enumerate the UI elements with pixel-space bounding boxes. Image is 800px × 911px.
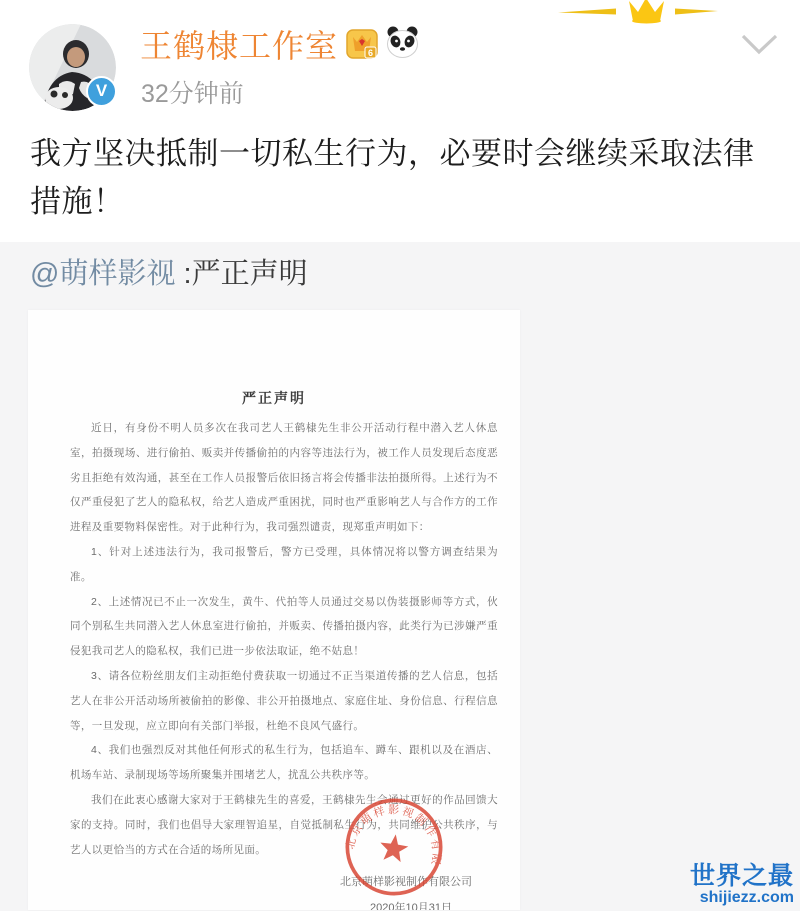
statement-date: 2020年10月31日 xyxy=(28,899,520,910)
post-text: 我方坚决抵制一切私生行为，必要时会继续采取法律措施！ xyxy=(30,130,778,226)
quote-title: 严正声明 xyxy=(192,258,308,290)
official-seal-icon: 北京萌样影视制作有限公司 xyxy=(334,787,454,907)
mention-link[interactable]: @萌样影视 xyxy=(30,258,175,290)
verified-badge-icon: V xyxy=(86,76,117,107)
panda-emoji-icon xyxy=(385,26,420,59)
quoted-post: @萌样影视 :严正声明 严正声明 近日，有身份不明人员多次在我司艺人王鹤棣先生非… xyxy=(0,242,800,911)
quote-separator: : xyxy=(175,258,191,290)
quote-header: @萌样影视 :严正声明 xyxy=(30,254,800,294)
vip-crown-badge-icon: 6 xyxy=(346,28,378,60)
statement-signature: 北京萌样影视制作有限公司 xyxy=(28,874,520,890)
statement-title: 严正声明 xyxy=(28,310,520,408)
statement-paragraph: 近日，有身份不明人员多次在我司艺人王鹤棣先生非公开活动行程中潜入艺人休息室，拍摄… xyxy=(70,416,498,540)
avatar[interactable]: V xyxy=(29,24,116,111)
statement-paragraph: 4、我们也强烈反对其他任何形式的私生行为，包括追车、蹲车、跟机以及在酒店、机场车… xyxy=(70,738,498,788)
post-timestamp: 32分钟前 xyxy=(141,74,244,110)
site-watermark: 世界之最 shijiezz.com xyxy=(690,863,794,907)
weibo-post-card: V 王鹤棣工作室 6 32分钟前 我方坚决抵制一切私生行为，必要时会继续采取法律… xyxy=(0,0,800,911)
svg-text:6: 6 xyxy=(368,48,373,58)
statement-body: 近日，有身份不明人员多次在我司艺人王鹤棣先生非公开活动行程中潜入艺人休息室，拍摄… xyxy=(28,416,520,862)
statement-paragraph: 3、请各位粉丝朋友们主动拒绝付费获取一切通过不正当渠道传播的艺人信息，包括艺人在… xyxy=(70,664,498,738)
watermark-title: 世界之最 xyxy=(690,863,794,889)
statement-paragraph: 2、上述情况已不止一次发生，黄牛、代拍等人员通过交易以伪装摄影师等方式，伙同个别… xyxy=(70,590,498,664)
statement-paragraph: 1、针对上述违法行为，我司报警后，警方已受理，具体情况将以警方调查结果为准。 xyxy=(70,540,498,590)
watermark-url: shijiezz.com xyxy=(690,889,794,907)
statement-image[interactable]: 严正声明 近日，有身份不明人员多次在我司艺人王鹤棣先生非公开活动行程中潜入艺人休… xyxy=(28,310,520,910)
username[interactable]: 王鹤棣工作室 xyxy=(140,27,338,65)
crown-decoration-icon xyxy=(558,0,793,24)
chevron-down-icon[interactable] xyxy=(737,30,782,58)
